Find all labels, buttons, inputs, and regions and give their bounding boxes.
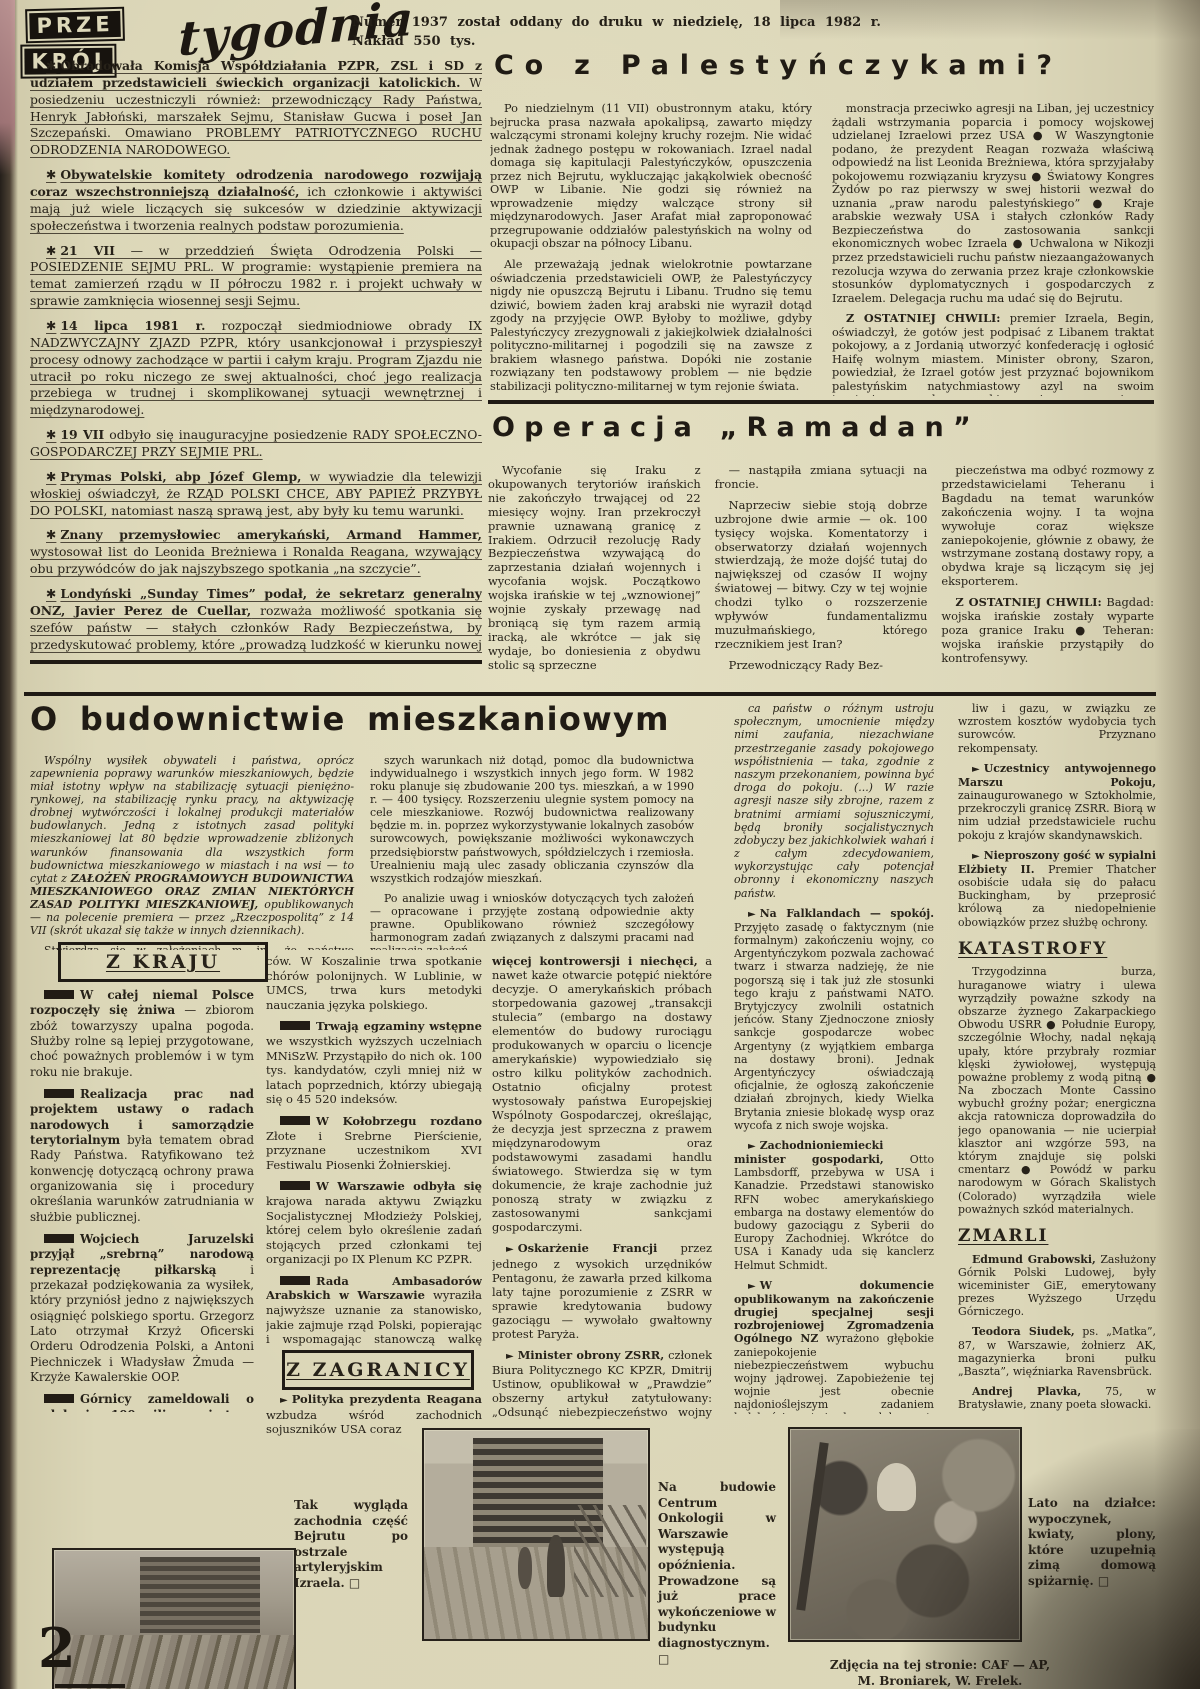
divider-rule	[30, 660, 482, 664]
kraju-item: W Kołobrzegu rozdano Złote i Srebrne Pie…	[266, 1114, 482, 1172]
z-zagranicy-col: więcej kontrowersji i niechęci, a nawet …	[492, 954, 712, 1420]
section-header-z-zagranicy: Z ZAGRANICY	[282, 1350, 474, 1390]
photo-oncology-worker	[518, 1547, 531, 1589]
foreign-item: ►W dokumencie opublikowanym na zakończen…	[734, 1279, 934, 1414]
scan-edge-pink	[0, 0, 15, 175]
square-bullet-icon	[44, 1234, 74, 1243]
ramadan-col1: Wycofanie się Iraku z okupowanych teryto…	[488, 464, 701, 688]
triangle-bullet-icon: ►	[748, 909, 756, 920]
square-bullet-icon	[280, 1276, 310, 1285]
kraju-item: Trwają egzaminy wstępne we wszystkich wy…	[266, 1019, 482, 1107]
palestine-lastminute: Z OSTATNIEJ CHWILI: premier Izraela, Beg…	[832, 312, 1154, 396]
ramadan-col2: — nastąpiła zmiana sytuacji na froncie. …	[715, 464, 928, 688]
brief-item: ✱Prymas Polski, abp Józef Glemp, w wywia…	[30, 469, 482, 520]
issue-line1: Numer 1937 został oddany do druku w nied…	[352, 14, 952, 33]
triangle-bullet-icon: ►	[506, 1244, 514, 1255]
asterisk-icon: ✱	[46, 427, 56, 442]
section-header-z-kraju: Z KRAJU	[58, 942, 268, 982]
foreign-item: ►Zachodnioniemiecki minister gospodarki,…	[734, 1139, 934, 1272]
newspaper-page: PRZE KRÓJ tygodnia Numer 1937 został odd…	[0, 0, 1200, 1689]
article-housing: Wspólny wysiłek obywateli i państwa, opr…	[30, 754, 694, 950]
brief-item: ✱Obradowała Komisja Współdziałania PZPR,…	[30, 58, 482, 159]
photo-oncology-railing	[574, 1505, 646, 1597]
brief-item: ✱19 VII odbyło się inauguracyjne posiedz…	[30, 427, 482, 461]
square-bullet-icon	[44, 990, 74, 999]
caption-oncology: Na budowie Centrum Onkologii w Warszawie…	[658, 1480, 776, 1667]
triangle-bullet-icon: ►	[280, 1395, 288, 1406]
foreign-item: więcej kontrowersji i niechęci, a nawet …	[492, 954, 712, 1234]
issue-line2: Nakład 550 tys.	[352, 33, 952, 52]
foreign-news-col4: ca państw o różnym ustroju społecznym, u…	[734, 702, 934, 1414]
asterisk-icon: ✱	[46, 167, 56, 182]
square-bullet-icon	[44, 1089, 74, 1098]
asterisk-icon: ✱	[46, 527, 56, 542]
divider-rule	[24, 692, 1156, 696]
kraju-item: W Warszawie odbyła się krajowa narada ak…	[266, 1179, 482, 1267]
housing-col1: Wspólny wysiłek obywateli i państwa, opr…	[30, 754, 354, 950]
issue-info: Numer 1937 został oddany do druku w nied…	[352, 14, 952, 52]
logo-text-top: PRZE	[29, 11, 121, 39]
bottom-rule	[55, 1684, 125, 1688]
square-bullet-icon	[44, 1394, 74, 1403]
square-bullet-icon	[280, 1021, 310, 1030]
caption-beirut: Tak wygląda zachodnia część Bejrutu po o…	[294, 1498, 408, 1592]
article-title-housing: O budownictwie mieszkaniowym	[30, 700, 670, 738]
photo-beirut-rubble	[54, 1635, 294, 1689]
brief-item: ✱21 VII — w przeddzień Święta Odrodzenia…	[30, 243, 482, 310]
ramadan-lastminute: Z OSTATNIEJ CHWILI: Bagdad: wojska irańs…	[941, 596, 1154, 666]
article-ramadan: Wycofanie się Iraku z okupowanych teryto…	[488, 464, 1154, 688]
brief-item: ✱Obywatelskie komitety odrodzenia narodo…	[30, 167, 482, 234]
kraju-item: Górnicy zameldowali o wydobyciu 100-mili…	[30, 1392, 254, 1412]
article-title-palestine: Co z Palestyńczykami?	[494, 50, 1063, 81]
triangle-bullet-icon: ►	[972, 851, 980, 862]
triangle-bullet-icon: ►	[972, 764, 980, 775]
photo-beirut-building	[140, 1557, 260, 1633]
section-header-katastrofy: KATASTROFY	[958, 939, 1156, 960]
square-bullet-icon	[280, 1181, 310, 1190]
brief-item: ✱14 lipca 1981 r. rozpoczął siedmiodniow…	[30, 318, 482, 419]
photo-beirut-ruins	[52, 1548, 296, 1689]
kraju-item: Rada Ambasadorów Arabskich w Warszawie w…	[266, 1274, 482, 1346]
foreign-item: ►Oskarżenie Francji przez jednego z wyso…	[492, 1241, 712, 1340]
obit-item: Teodora Siudek, ps. „Matka”, 87, w Warsz…	[958, 1325, 1156, 1378]
article-palestine: Po niedzielnym (11 VII) obustronnym atak…	[490, 102, 1154, 396]
palestine-col1: Po niedzielnym (11 VII) obustronnym atak…	[490, 102, 812, 396]
news-briefs: ✱Obradowała Komisja Współdziałania PZPR,…	[30, 58, 482, 656]
foreign-item: ►Minister obrony ZSRR, członek Biura Pol…	[492, 1348, 712, 1420]
asterisk-icon: ✱	[46, 586, 56, 601]
photo-garden-branch	[797, 1442, 830, 1610]
section-header-zmarli: ZMARLI	[958, 1226, 1156, 1247]
divider-rule	[488, 400, 1154, 404]
foreign-item: ►Na Falklandach — spokój. Przyjęto zasad…	[734, 907, 934, 1132]
foreign-item: ►Uczestnicy antywojennego Marszu Pokoju,…	[958, 762, 1156, 842]
palestine-col2: monstracja przeciwko agresji na Liban, j…	[832, 102, 1154, 396]
triangle-bullet-icon: ►	[748, 1141, 756, 1152]
brief-item: ✱Znany przemysłowiec amerykański, Armand…	[30, 527, 482, 578]
scan-corner-shadow	[900, 1429, 1200, 1689]
z-kraju-col1: W całej niemal Polsce rozpoczęły się żni…	[30, 988, 254, 1412]
brief-item: ✱Londyński „Sunday Times” podał, że sekr…	[30, 586, 482, 656]
foreign-item: ►Nieproszony gość w sypialni Elżbiety II…	[958, 849, 1156, 929]
asterisk-icon: ✱	[46, 469, 56, 484]
kraju-item: Wojciech Jaruzelski przyjął „srebrną” na…	[30, 1232, 254, 1385]
asterisk-icon: ✱	[46, 243, 56, 258]
photo-oncology-construction	[422, 1428, 650, 1641]
kraju-item: W całej niemal Polsce rozpoczęły się żni…	[30, 988, 254, 1080]
obit-item: Andrej Plavka, 75, w Bratysławie, znany …	[958, 1385, 1156, 1411]
photo-oncology-worker	[547, 1535, 565, 1598]
scan-edge-left	[0, 0, 18, 1689]
logo-box-top: PRZE	[25, 7, 125, 44]
page-number: 2	[38, 1616, 76, 1680]
triangle-bullet-icon: ►	[748, 1281, 756, 1292]
ramadan-col3: pieczeństwa ma odbyć rozmowy z przedstaw…	[941, 464, 1154, 688]
asterisk-icon: ✱	[46, 58, 56, 73]
kraju-item: Realizacja prac nad projektem ustawy o r…	[30, 1087, 254, 1225]
obit-item: Edmund Grabowski, Zasłużony Górnik Polsk…	[958, 1253, 1156, 1319]
katastrofy-zmarli-col: liw i gazu, w związku ze wzrostem kosztó…	[958, 702, 1156, 1418]
housing-col2: szych warunkach niż dotąd, pomoc dla bud…	[370, 754, 694, 950]
square-bullet-icon	[280, 1116, 310, 1125]
triangle-bullet-icon: ►	[506, 1351, 514, 1362]
z-kraju-col2: ców. W Koszalinie trwa spotkanie chórów …	[266, 954, 482, 1346]
article-title-ramadan: Operacja „Ramadan”	[492, 412, 980, 443]
asterisk-icon: ✱	[46, 318, 56, 333]
